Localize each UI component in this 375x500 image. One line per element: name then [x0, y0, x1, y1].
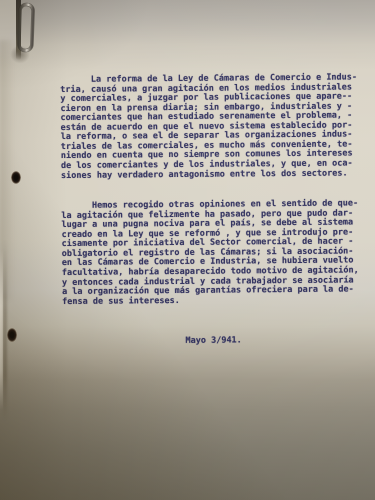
- paperclip-icon: [13, 1, 39, 57]
- punch-hole-bottom: [7, 328, 17, 342]
- paragraph-1: La reforma de la Ley de Cámaras de Comer…: [60, 73, 369, 181]
- paragraph-2: Hemos recogido otras opiniones en el sen…: [61, 200, 370, 308]
- punch-hole-top: [11, 171, 21, 184]
- date-line: Mayo 3/941.: [62, 336, 370, 348]
- document-photo-page: La reforma de la Ley de Cámaras de Comer…: [0, 0, 375, 500]
- typewritten-text-block: La reforma de la Ley de Cámaras de Comer…: [60, 54, 371, 367]
- page-edge-crease: [3, 240, 7, 420]
